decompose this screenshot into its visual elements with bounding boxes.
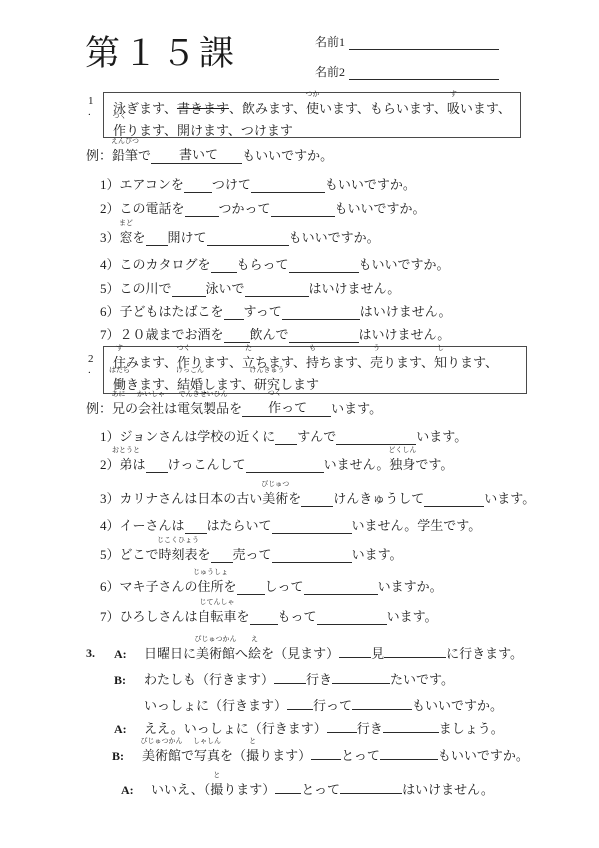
text: 3） [100, 227, 120, 246]
text: 4）このカタログを [100, 254, 211, 273]
text-with-furigana: 電気製品でんきせいひん [177, 398, 229, 417]
spacer [242, 411, 268, 412]
text-with-furigana: 美術館びじゅつかん [142, 745, 181, 764]
dialog-line-b2: B: 美術館びじゅつかんで写真しゃしんを（撮とります）とってもいいですか。 [112, 747, 529, 764]
exercise-1-6: 6）子どもはたばこをすってはいけません。 [100, 303, 452, 320]
page-title: 第１５課 [85, 36, 237, 71]
furigana: けっこん [176, 367, 204, 374]
text-with-furigana: 撮と [246, 745, 259, 764]
answer-text: 作つく [268, 397, 281, 416]
text-with-furigana: 美術びじゅつ [262, 488, 288, 507]
name2-row: 名前2 [315, 64, 499, 80]
text-with-furigana: 弟おとうと [120, 454, 133, 473]
text: 6）マキ子さんの [100, 576, 198, 595]
blank-underline [224, 341, 250, 343]
text: 、飲みます、 [229, 98, 306, 117]
furigana: つか [305, 91, 319, 98]
text: もいいですか。 [412, 695, 503, 714]
text: いっしょに（行きます） [144, 695, 287, 714]
answer-text: もらって [237, 254, 289, 273]
answer-text: つけて [212, 174, 251, 193]
text: います、 [460, 98, 511, 117]
text: 日曜日に [144, 643, 196, 662]
blank-underline [301, 505, 333, 507]
text: います。 [387, 606, 438, 625]
text: 例： [86, 145, 112, 164]
answer-on-line: 書いて [151, 144, 242, 164]
exercise-1-4: 4）このカタログをもらってもいいですか。 [100, 256, 450, 273]
text: いますか。 [378, 576, 443, 595]
blank-underline [224, 318, 244, 320]
furigana: じこくひょう [157, 537, 199, 544]
text: を [288, 488, 301, 507]
furigana: えんぴつ [111, 138, 139, 145]
text: します [280, 374, 319, 393]
section-2-number: 2 . [88, 354, 94, 376]
text-with-furigana: 持も [306, 352, 319, 371]
text: もいいですか。 [359, 254, 450, 273]
text: 2）この電話を [100, 198, 185, 217]
blank-underline [289, 341, 359, 343]
text: を [224, 576, 237, 595]
text: を [237, 606, 250, 625]
answer-text: 売って [233, 544, 272, 563]
text: を [133, 227, 146, 246]
text: 7）ひろしさんは [100, 606, 198, 625]
furigana: じゅうしょ [193, 569, 228, 576]
blank-underline [211, 271, 237, 273]
text: みます、 [126, 352, 177, 371]
speaker-label: B: [112, 749, 142, 764]
exercise-1-7: 7）２０歳までお酒を飲んではいけません。 [100, 326, 450, 343]
blank-underline [146, 471, 168, 473]
text: 1）ジョンさんは学校の近くに [100, 426, 275, 445]
exercise-1-2: 2）この電話をつかってもいいですか。 [100, 200, 426, 217]
name1-blank-line [349, 48, 499, 50]
answer-text: 行って [313, 695, 352, 714]
furigana: つく [268, 390, 282, 397]
furigana: おとうと [112, 447, 140, 454]
exercise-2-7: 7）ひろしさんは自転車じてんしゃをもっています。 [100, 608, 438, 625]
blank-underline [185, 215, 219, 217]
blank-underline [172, 295, 206, 297]
blank-underline [245, 295, 309, 297]
furigana: びじゅつ [261, 481, 289, 488]
dialog-line-a2: A: ええ。いっしょに（行きます）行きましょう。 [114, 720, 504, 737]
verb-box-2-line-1: 住すみます、作つくります、立たちます、持もちます、売うります、知しります、 [113, 354, 517, 371]
text: 5）どこで [100, 544, 159, 563]
text: を [229, 398, 242, 417]
furigana: つく [113, 113, 127, 120]
blank-underline [282, 318, 360, 320]
verb-box-1-line-1: 泳ぎます、書きます、飲みます、使つかいます、もらいます、吸すいます、 [113, 100, 511, 117]
blank-underline [304, 593, 378, 595]
answer-text: すって [244, 301, 282, 320]
furigana: つく [176, 345, 190, 352]
text: ります） [223, 779, 275, 798]
furigana: はたら [109, 367, 130, 374]
furigana: まど [119, 220, 133, 227]
furigana: す [116, 345, 123, 352]
example-line-1: 例：鉛筆えんぴつで書いてもいいですか。 [86, 147, 333, 164]
text: ちます、 [319, 352, 370, 371]
speaker-label: A: [114, 647, 144, 662]
verb-box-1: 泳ぎます、書きます、飲みます、使つかいます、もらいます、吸すいます、 作つくりま… [103, 92, 521, 138]
text: ましょう。 [439, 718, 504, 737]
furigana: どくしん [388, 447, 416, 454]
answer-text: もって [278, 606, 317, 625]
text: もいいですか。 [242, 145, 333, 164]
spacer [218, 158, 242, 159]
exercise-2-1: 1）ジョンさんは学校の近くにすんでいます。 [100, 428, 467, 445]
furigana: あに [112, 391, 126, 398]
text: ります、開けます、つけます [126, 120, 293, 139]
text-with-furigana: 撮と [210, 779, 223, 798]
blank-underline [275, 443, 297, 445]
text: で [138, 145, 151, 164]
text: 6）子どもはたばこを [100, 301, 224, 320]
name1-label: 名前1 [315, 33, 345, 50]
furigana: けんきゅう [249, 367, 284, 374]
text-with-furigana: 会社かいしゃ [138, 398, 164, 417]
text: わたしも（行きます） [144, 669, 274, 688]
furigana: びじゅつかん [141, 738, 183, 745]
answer-text: けんきゅうして [333, 488, 424, 507]
blank-underline [383, 731, 439, 733]
furigana: し [437, 345, 444, 352]
name2-label: 名前2 [315, 63, 345, 80]
text: は [133, 454, 146, 473]
blank-underline [311, 758, 341, 760]
text-with-furigana: 兄あに [112, 398, 125, 417]
speaker-label: A: [121, 783, 151, 798]
text: はいけません。 [360, 301, 452, 320]
blank-underline [352, 708, 412, 710]
worksheet-page: 第１５課 名前1 名前2 1 . 泳ぎます、書きます、飲みます、使つかいます、も… [0, 0, 599, 848]
furigana: う [373, 345, 380, 352]
text: いません。 [324, 454, 390, 473]
blank-underline [237, 593, 265, 595]
text-with-furigana: 時刻表じこくひょう [159, 544, 198, 563]
text: 、 [229, 352, 242, 371]
exercise-2-2: 2）弟おとうとはけっこんしていません。独身どくしんです。 [100, 456, 453, 473]
blank-underline [246, 471, 324, 473]
text: います。 [416, 426, 467, 445]
blank-underline [185, 532, 207, 534]
text: 3）カリナさんは日本の古い [100, 488, 262, 507]
speaker-label: B: [114, 673, 144, 688]
text: ります、 [383, 352, 434, 371]
blank-underline [384, 656, 446, 658]
text: はいけません。 [359, 324, 451, 343]
section-3-number: 3. [86, 646, 95, 661]
text-with-furigana: 吸す [447, 98, 460, 117]
crossed-out-verb: 書きます [177, 98, 229, 117]
text-with-furigana: 売う [370, 352, 383, 371]
furigana: しゃしん [193, 738, 221, 745]
answer-text: つかって [219, 198, 271, 217]
text: 7）２０歳までお酒を [100, 324, 224, 343]
furigana: かいしゃ [137, 391, 165, 398]
blank-underline [336, 443, 416, 445]
blank-underline [424, 505, 484, 507]
blank-underline [289, 271, 359, 273]
text: います。 [352, 544, 403, 563]
blank-underline [275, 792, 301, 794]
spacer [151, 158, 179, 159]
text: たいです。 [390, 669, 454, 688]
blank-underline [146, 244, 168, 246]
text: もいいですか。 [335, 198, 426, 217]
blank-underline [184, 191, 212, 193]
dialog-line-a1: A: 日曜日に美術館びじゅつかんへ絵えを（見ます）見に行きます。 [114, 645, 523, 662]
answer-text: けっこんして [168, 454, 246, 473]
blank-underline [332, 682, 390, 684]
speaker-label: A: [114, 722, 144, 737]
furigana: も [309, 345, 316, 352]
text: 1）エアコンを [100, 174, 184, 193]
text: に行きます。 [446, 643, 523, 662]
text: ります） [259, 745, 311, 764]
furigana: す [450, 91, 457, 98]
answer-text: すんで [297, 426, 336, 445]
text: もいいですか。 [438, 745, 529, 764]
furigana: と [213, 772, 220, 779]
blank-underline [287, 708, 313, 710]
text: です。 [415, 454, 453, 473]
blank-underline [339, 656, 371, 658]
exercise-1-5: 5）この川で泳いではいけません。 [100, 280, 400, 297]
text: は [164, 398, 177, 417]
text-with-furigana: 使つか [306, 98, 319, 117]
furigana: じてんしゃ [200, 599, 235, 606]
text-with-furigana: 住所じゅうしょ [198, 576, 224, 595]
text: います、もらいます、 [319, 98, 447, 117]
answer-text: とって [301, 779, 340, 798]
text: います。 [331, 398, 382, 417]
text-with-furigana: 鉛筆えんぴつ [112, 145, 138, 164]
text-with-furigana: 自転車じてんしゃ [198, 606, 237, 625]
text: へ [235, 643, 248, 662]
text-with-furigana: 美術館びじゅつかん [196, 643, 235, 662]
furigana: びじゅつかん [195, 636, 237, 643]
text-with-furigana: 絵え [248, 643, 261, 662]
text: もいいですか。 [325, 174, 416, 193]
answer-text: 書いて [179, 144, 218, 163]
text-with-furigana: 独身どくしん [389, 454, 415, 473]
exercise-2-6: 6）マキ子さんの住所じゅうしょをしっていますか。 [100, 578, 443, 595]
text-with-furigana: 写真しゃしん [194, 745, 220, 764]
blank-underline [271, 215, 335, 217]
text-with-furigana: 知し [434, 352, 447, 371]
text: はいけません。 [402, 779, 494, 798]
text: いいえ、（ [151, 779, 210, 798]
answer-text: 飲んで [250, 324, 289, 343]
exercise-2-5: 5）どこで時刻表じこくひょうを売っています。 [100, 546, 403, 563]
blank-underline [207, 244, 289, 246]
blank-underline [250, 623, 278, 625]
text: います。 [484, 488, 535, 507]
example-line-2: 例：兄あにの会社かいしゃは電気製品でんきせいひんを作つくっています。 [86, 400, 382, 417]
text: いません。学生です。 [352, 515, 482, 534]
furigana: た [245, 345, 252, 352]
blank-underline [274, 682, 306, 684]
answer-text: 見 [371, 643, 384, 662]
answer-text: しって [265, 576, 304, 595]
blank-underline [211, 561, 233, 563]
answer-text: 行き [357, 718, 383, 737]
answer-text: とって [341, 745, 380, 764]
text: で [181, 745, 194, 764]
text: を（ [220, 745, 246, 764]
answer-on-line: 作つくって [242, 397, 331, 417]
exercise-1-3: 3）窓まどを開けてもいいですか。 [100, 229, 380, 246]
text: を [198, 544, 211, 563]
text: 5）この川で [100, 278, 172, 297]
exercise-1-1: 1）エアコンをつけてもいいですか。 [100, 176, 416, 193]
text: の [125, 398, 138, 417]
furigana: でんきせいひん [179, 391, 228, 398]
dialog-line-a3: A: いいえ、（撮とります）とってはいけません。 [121, 781, 494, 798]
verb-box-1-line-2: 作つくります、開けます、つけます [113, 122, 511, 139]
text: 4）イーさんは [100, 515, 185, 534]
name2-blank-line [349, 78, 499, 80]
exercise-2-3: 3）カリナさんは日本の古い美術びじゅつをけんきゅうしています。 [100, 490, 535, 507]
answer-text: 泳いで [206, 278, 245, 297]
blank-underline [251, 191, 325, 193]
blank-underline [327, 731, 357, 733]
spacer [307, 411, 331, 412]
blank-underline [317, 623, 387, 625]
name1-row: 名前1 [315, 34, 499, 50]
furigana: と [249, 738, 256, 745]
text: はいけません。 [309, 278, 401, 297]
dialog-line-b1-cont: いっしょに（行きます）行ってもいいですか。 [114, 697, 503, 714]
text: を（見ます） [261, 643, 339, 662]
text: もいいですか。 [289, 227, 380, 246]
verb-box-2: 住すみます、作つくります、立たちます、持もちます、売うります、知しります、 働は… [103, 346, 527, 394]
text: ります、 [447, 352, 498, 371]
blank-underline [380, 758, 438, 760]
answer-text: 行き [306, 669, 332, 688]
answer-text: って [281, 397, 307, 416]
exercise-2-4: 4）イーさんははたらいていません。学生です。 [100, 517, 481, 534]
blank-underline [272, 561, 352, 563]
furigana: え [251, 636, 258, 643]
text: ええ。いっしょに（行きます） [144, 718, 327, 737]
text: 2） [100, 454, 120, 473]
section-1-number: 1 . [88, 96, 94, 118]
answer-text: はたらいて [207, 515, 272, 534]
answer-text: 開けて [168, 227, 207, 246]
blank-underline [340, 792, 402, 794]
text-with-furigana: 窓まど [120, 227, 133, 246]
dialog-line-b1: B: わたしも（行きます）行きたいです。 [114, 671, 454, 688]
text: 例： [86, 398, 112, 417]
verb-box-2-line-2: 働はたらきます、結婚けっこんします、研究けんきゅうします [113, 376, 517, 393]
blank-underline [272, 532, 352, 534]
